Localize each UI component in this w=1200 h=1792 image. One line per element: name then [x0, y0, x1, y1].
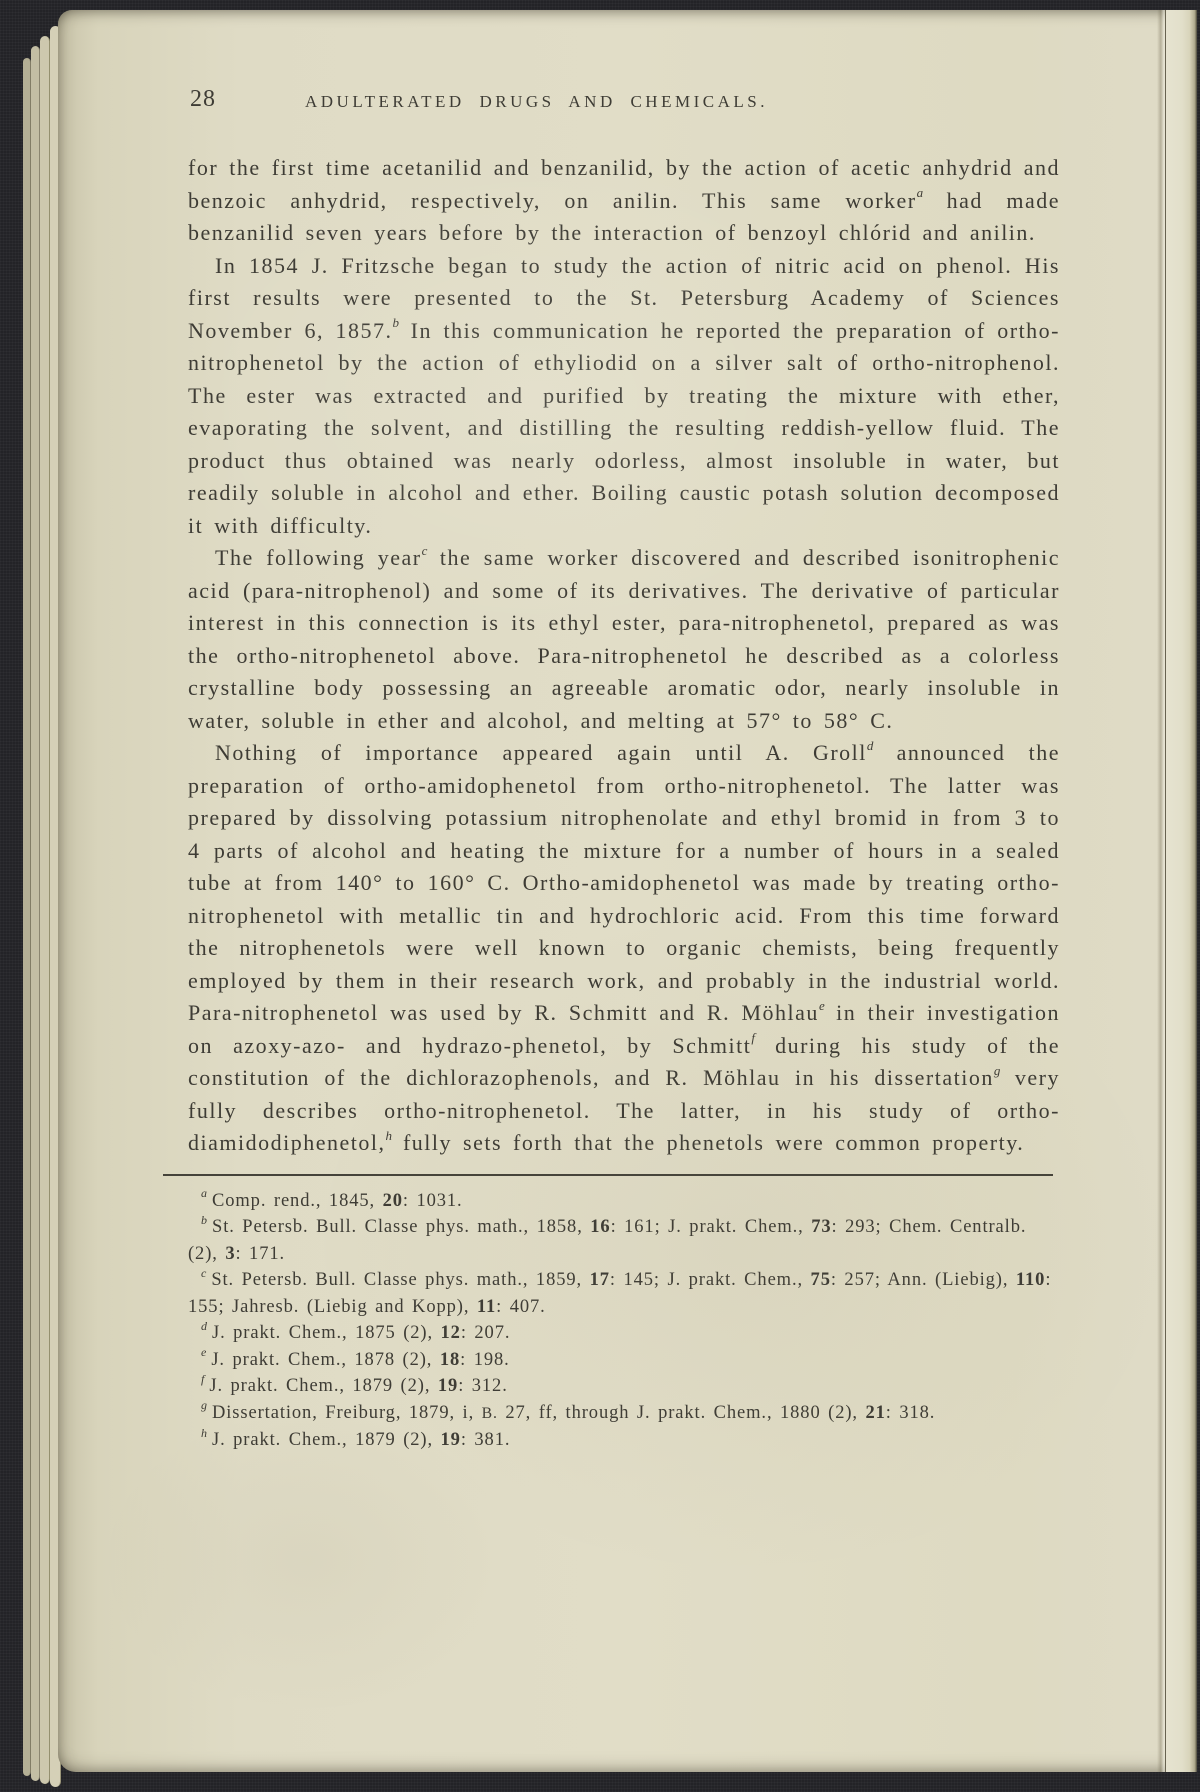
body-text-segment: the same worker discovered and described…: [188, 545, 1060, 733]
footnote-marker: f: [201, 1372, 204, 1386]
footnote-text-segment: J. prakt. Chem., 1878 (2),: [211, 1350, 440, 1370]
footnote-text-segment: 75: [811, 1270, 831, 1290]
footnote-text-segment: : 257; Ann. (Liebig),: [831, 1270, 1016, 1290]
footnote-text-segment: 21: [865, 1403, 885, 1423]
footnote: cSt. Petersb. Bull. Classe phys. math., …: [188, 1267, 1060, 1320]
footnote-text-segment: St. Petersb. Bull. Classe phys. math., 1…: [211, 1270, 589, 1290]
footnote-rule: [163, 1174, 1053, 1176]
footnote-text-segment: : 145; J. prakt. Chem.,: [610, 1270, 811, 1290]
footnote: dJ. prakt. Chem., 1875 (2), 12: 207.: [188, 1320, 1060, 1347]
body-paragraph: for the first time acetanilid and benzan…: [188, 152, 1060, 250]
footnote-reference: e: [819, 998, 825, 1013]
footnote-text-segment: : 1031.: [403, 1191, 463, 1211]
footnote-text-segment: 19: [441, 1430, 461, 1450]
footnote-text-segment: 110: [1016, 1270, 1045, 1290]
footnote: gDissertation, Freiburg, 1879, i, B. 27,…: [188, 1400, 1060, 1428]
footnote-text-segment: B.: [482, 1405, 498, 1422]
body-paragraph: Nothing of importance appeared again unt…: [188, 737, 1060, 1160]
footnote-text-segment: : 198.: [460, 1350, 510, 1370]
footnote-text-segment: : 312.: [458, 1376, 508, 1396]
page-header: 28 ADULTERATED DRUGS AND CHEMICALS.: [188, 70, 1060, 152]
footnote-reference: d: [867, 738, 874, 753]
footnote: fJ. prakt. Chem., 1879 (2), 19: 312.: [188, 1373, 1060, 1400]
footnote: hJ. prakt. Chem., 1879 (2), 19: 381.: [188, 1427, 1060, 1454]
photographed-book-page: { "colors": { "background_cloth": "#2323…: [0, 0, 1200, 1792]
body-paragraph: The following yearc the same worker disc…: [188, 542, 1060, 737]
footnote-marker: e: [201, 1345, 206, 1359]
footnote-reference: h: [385, 1128, 392, 1143]
footnote-marker: a: [201, 1186, 207, 1200]
footnote: eJ. prakt. Chem., 1878 (2), 18: 198.: [188, 1347, 1060, 1374]
footnote-text-segment: : 207.: [461, 1323, 511, 1343]
body-text-segment: announced the preparation of ortho-amido…: [188, 740, 1060, 1025]
body-text: for the first time acetanilid and benzan…: [188, 152, 1060, 1160]
footnote-text-segment: 11: [477, 1297, 496, 1317]
body-paragraph: In 1854 J. Fritzsche began to study the …: [188, 250, 1060, 543]
footnote-text-segment: : 318.: [886, 1403, 936, 1423]
book-page: 28 ADULTERATED DRUGS AND CHEMICALS. for …: [58, 10, 1197, 1772]
footnote-text-segment: 19: [438, 1376, 458, 1396]
page-curl-edge: [1165, 10, 1197, 1772]
running-title: ADULTERATED DRUGS AND CHEMICALS.: [305, 92, 768, 112]
footnote-text-segment: Dissertation, Freiburg, 1879, i,: [212, 1403, 482, 1423]
footnote-text-segment: 16: [590, 1217, 610, 1237]
footnote-text-segment: : 407.: [496, 1297, 546, 1317]
footnote-text-segment: J. prakt. Chem., 1879 (2),: [209, 1376, 438, 1396]
page-number: 28: [190, 86, 216, 113]
footnote-text-segment: 27, ff, through J. prakt. Chem., 1880 (2…: [498, 1403, 866, 1423]
footnote-text-segment: Comp. rend., 1845,: [212, 1191, 383, 1211]
footnote-text-segment: J. prakt. Chem., 1879 (2),: [212, 1430, 441, 1450]
body-text-segment: Nothing of importance appeared again unt…: [215, 740, 867, 765]
footnote-text-segment: 18: [440, 1350, 460, 1370]
footnote-text-segment: : 171.: [235, 1244, 285, 1264]
footnote-text-segment: : 381.: [461, 1430, 511, 1450]
footnote: aComp. rend., 1845, 20: 1031.: [188, 1188, 1060, 1215]
footnote-reference: c: [422, 543, 428, 558]
footnote-text-segment: 20: [383, 1191, 403, 1211]
footnote-text-segment: St. Petersb. Bull. Classe phys. math., 1…: [212, 1217, 590, 1237]
footnote-text-segment: 3: [225, 1244, 235, 1264]
footnote-marker: h: [201, 1426, 207, 1440]
page-stack-edge: [31, 46, 40, 1781]
page-content: 28 ADULTERATED DRUGS AND CHEMICALS. for …: [188, 70, 1060, 1454]
page-stack-edge: [23, 58, 31, 1776]
binding-crease: [1157, 10, 1166, 1772]
footnote-marker: d: [201, 1319, 207, 1333]
page-stack-edge: [40, 36, 50, 1784]
footnote-text-segment: 17: [590, 1270, 610, 1290]
footnote-reference: a: [917, 185, 924, 200]
footnotes: aComp. rend., 1845, 20: 1031.bSt. Peters…: [188, 1188, 1060, 1454]
footnote-marker: g: [201, 1398, 207, 1412]
footnote-reference: f: [751, 1030, 755, 1045]
footnote-text-segment: 73: [811, 1217, 831, 1237]
footnote-reference: g: [994, 1063, 1001, 1078]
footnote-text-segment: 12: [441, 1323, 461, 1343]
footnote-reference: b: [393, 315, 400, 330]
body-text-segment: fully sets forth that the phenetols were…: [392, 1130, 1024, 1155]
footnote: bSt. Petersb. Bull. Classe phys. math., …: [188, 1214, 1060, 1267]
footnote-marker: c: [201, 1266, 206, 1280]
body-text-segment: The following year: [215, 545, 422, 570]
footnote-marker: b: [201, 1213, 207, 1227]
footnote-text-segment: : 161; J. prakt. Chem.,: [611, 1217, 812, 1237]
footnote-text-segment: J. prakt. Chem., 1875 (2),: [212, 1323, 441, 1343]
body-text-segment: In this communication he reported the pr…: [188, 318, 1060, 538]
